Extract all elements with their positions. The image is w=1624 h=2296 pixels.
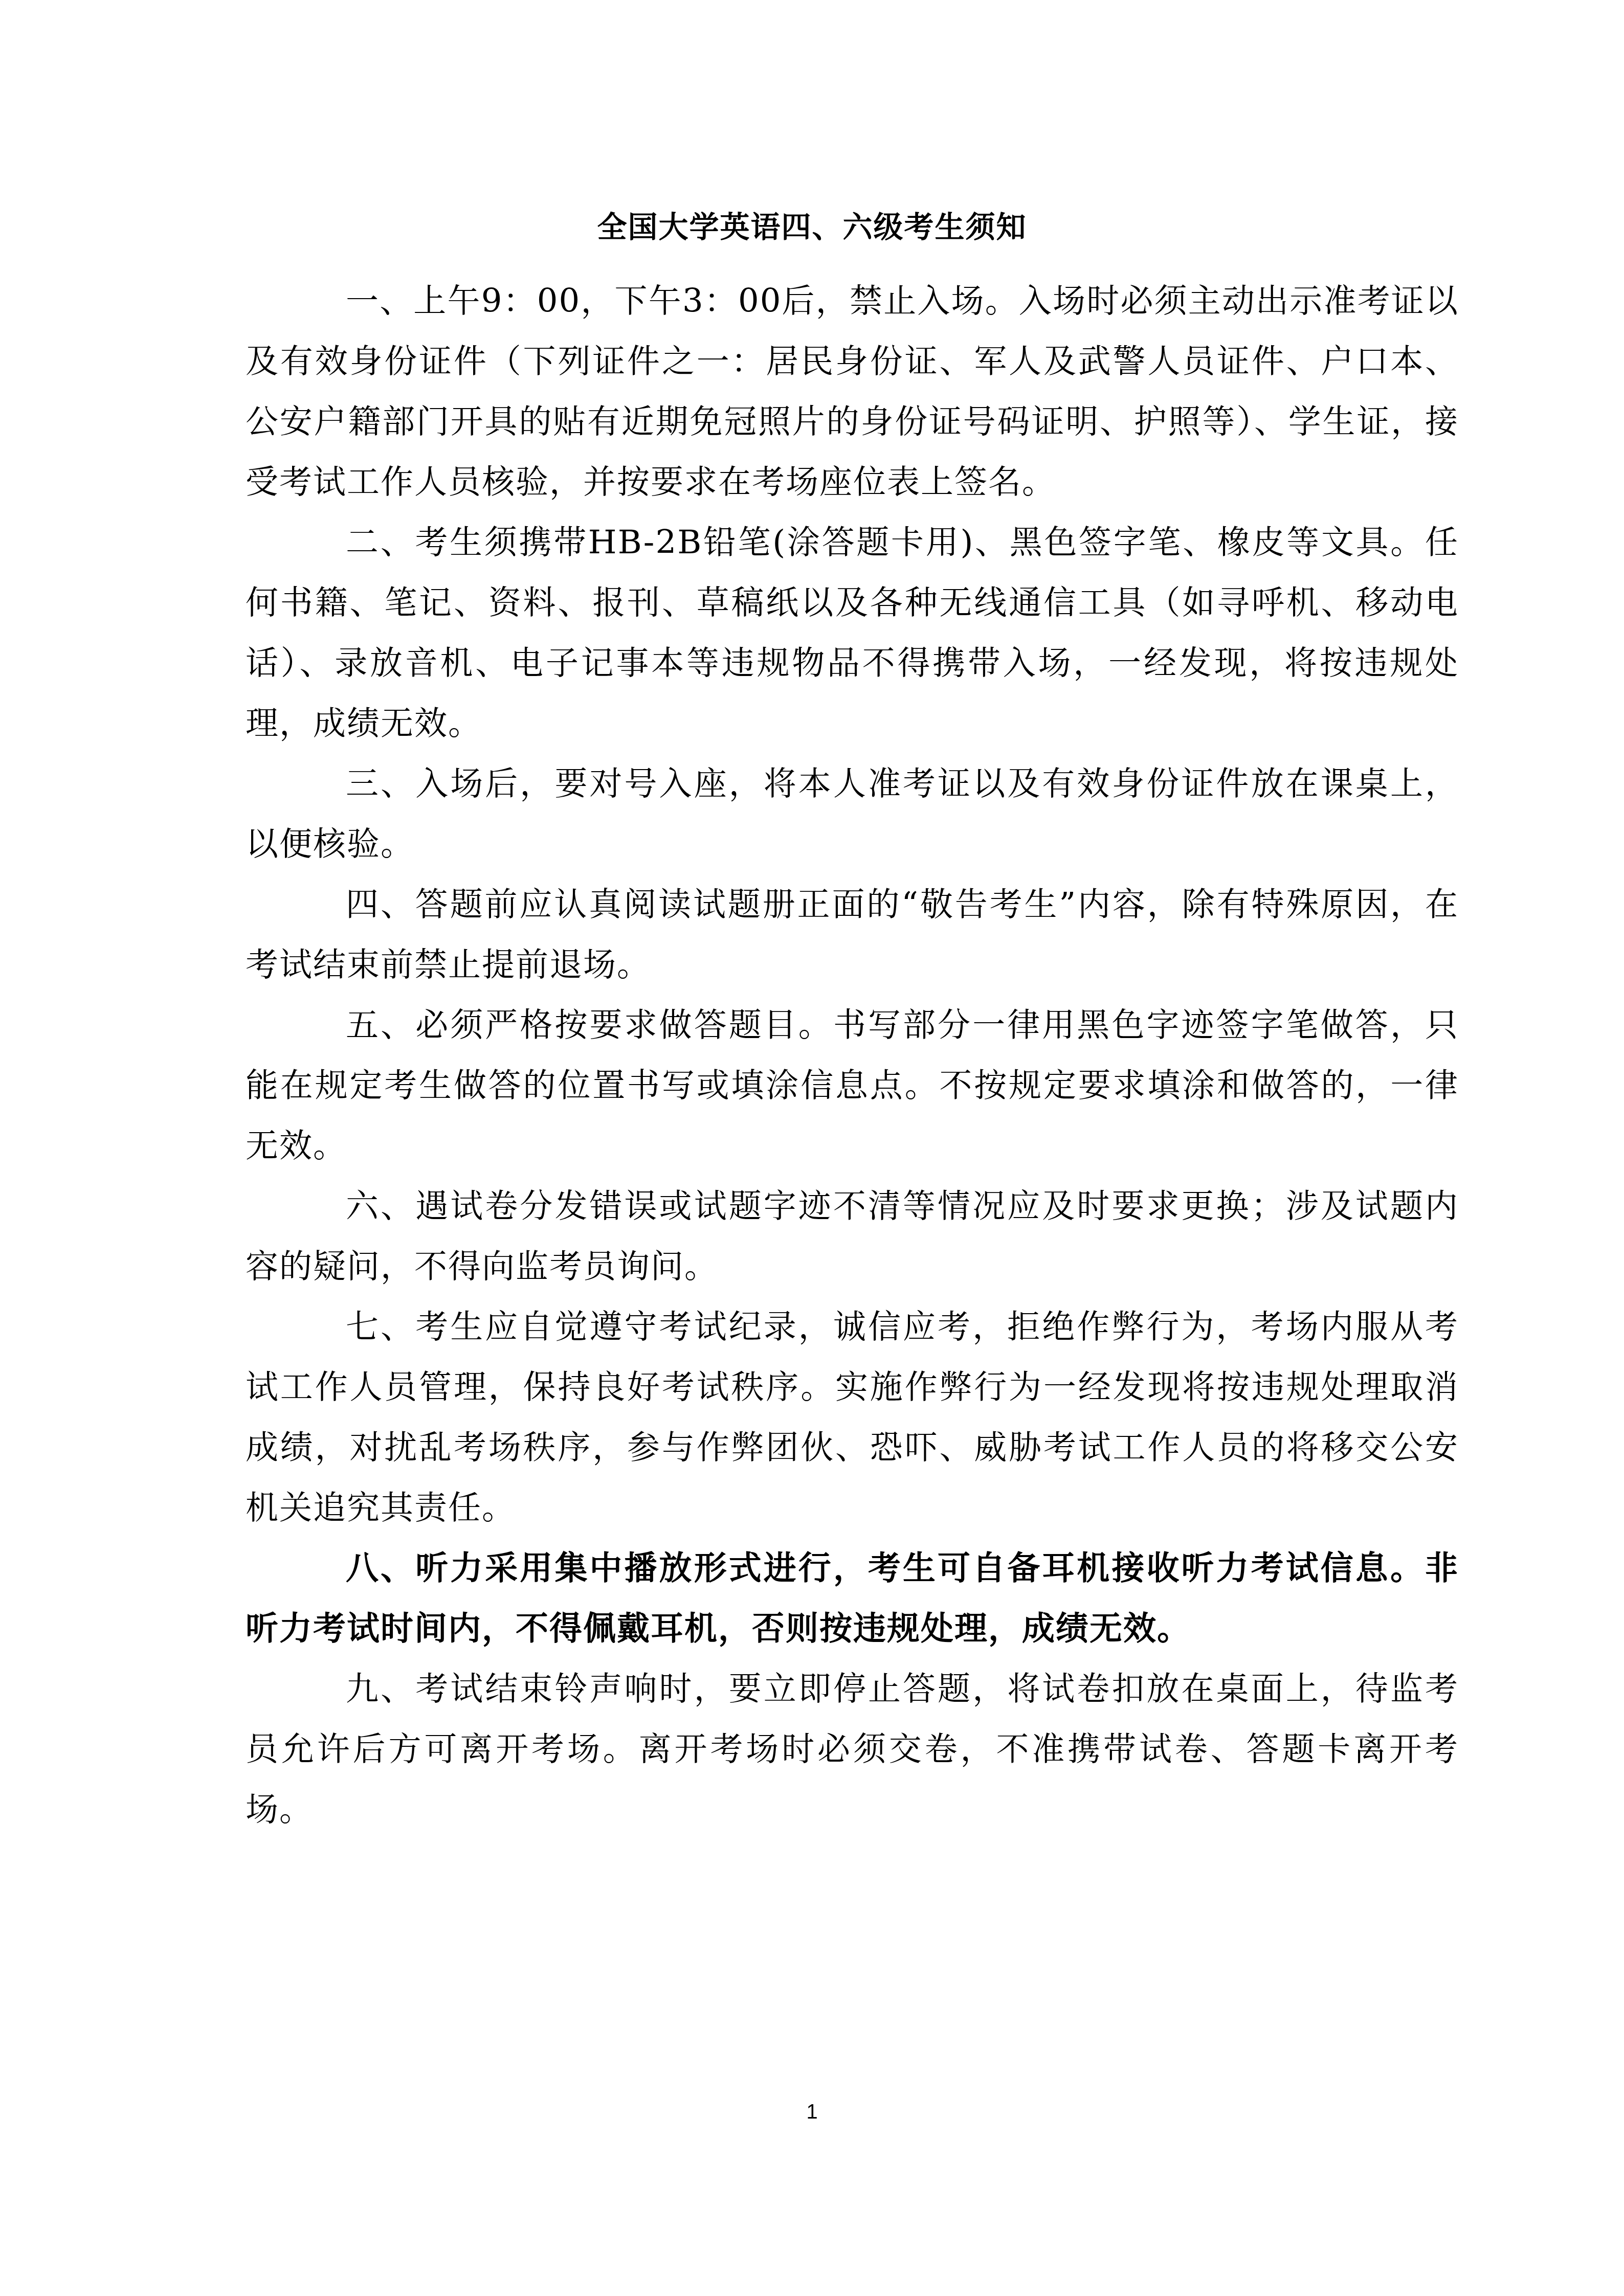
document-title: 全国大学英语四、六级考生须知 bbox=[0, 204, 1624, 250]
rule-paragraph-3: 三、入场后，要对号入座，将本人准考证以及有效身份证件放在课桌上，以便核验。 bbox=[246, 754, 1459, 874]
page-number: 1 bbox=[0, 2097, 1624, 2127]
rule-paragraph-8-emphasized: 八、听力采用集中播放形式进行，考生可自备耳机接收听力考试信息。非听力考试时间内，… bbox=[246, 1538, 1459, 1659]
rule-paragraph-9: 九、考试结束铃声响时，要立即停止答题，将试卷扣放在桌面上，待监考员允许后方可离开… bbox=[246, 1659, 1459, 1840]
rule-paragraph-5: 五、必须严格按要求做答题目。书写部分一律用黑色字迹签字笔做答，只能在规定考生做答… bbox=[246, 995, 1459, 1176]
document-body: 一、上午9：00，下午3：00后，禁止入场。入场时必须主动出示准考证以及有效身份… bbox=[246, 271, 1459, 1840]
rule-paragraph-2: 二、考生须携带HB-2B铅笔(涂答题卡用)、黑色签字笔、橡皮等文具。任何书籍、笔… bbox=[246, 512, 1459, 754]
rule-paragraph-1: 一、上午9：00，下午3：00后，禁止入场。入场时必须主动出示准考证以及有效身份… bbox=[246, 271, 1459, 512]
document-page: 全国大学英语四、六级考生须知 一、上午9：00，下午3：00后，禁止入场。入场时… bbox=[0, 0, 1624, 2296]
rule-paragraph-4: 四、答题前应认真阅读试题册正面的“敬告考生”内容，除有特殊原因，在考试结束前禁止… bbox=[246, 874, 1459, 995]
rule-paragraph-7: 七、考生应自觉遵守考试纪录，诚信应考，拒绝作弊行为，考场内服从考试工作人员管理，… bbox=[246, 1297, 1459, 1538]
rule-paragraph-6: 六、遇试卷分发错误或试题字迹不清等情况应及时要求更换；涉及试题内容的疑问，不得向… bbox=[246, 1176, 1459, 1297]
